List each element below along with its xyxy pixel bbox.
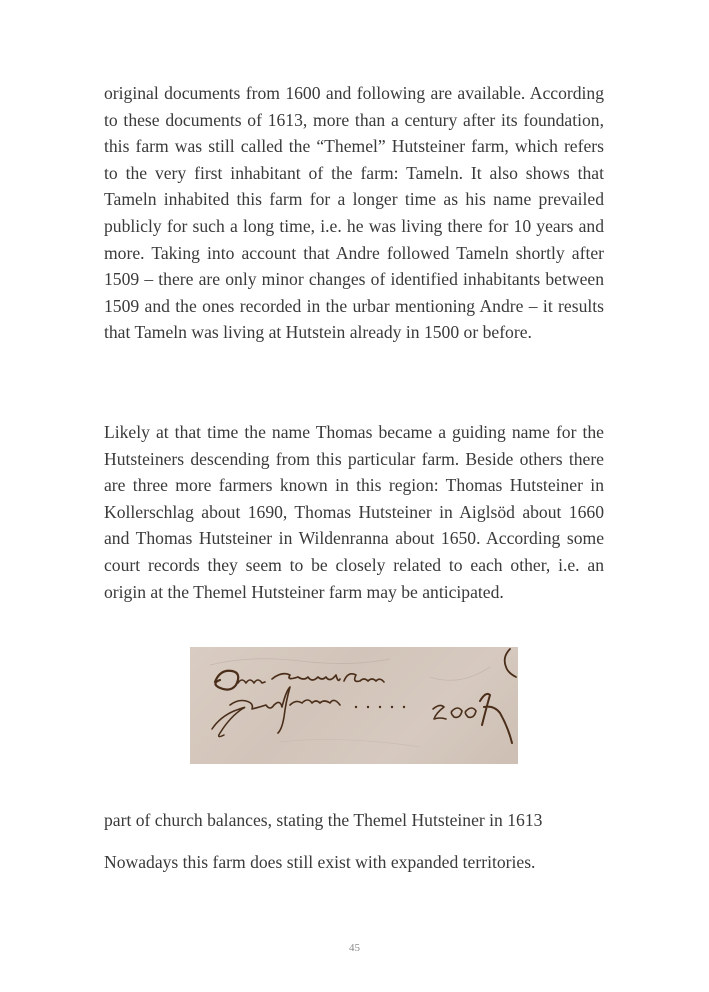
paragraph-2: Likely at that time the name Thomas beca…: [104, 419, 604, 605]
figure-caption: part of church balances, stating the The…: [104, 807, 542, 833]
manuscript-image: [190, 647, 518, 764]
page-number: 45: [0, 942, 709, 954]
handwriting-illustration: [190, 647, 518, 764]
closing-paragraph: Nowadays this farm does still exist with…: [104, 849, 535, 875]
document-page: original documents from 1600 and followi…: [0, 0, 709, 992]
paragraph-1: original documents from 1600 and followi…: [104, 80, 604, 346]
